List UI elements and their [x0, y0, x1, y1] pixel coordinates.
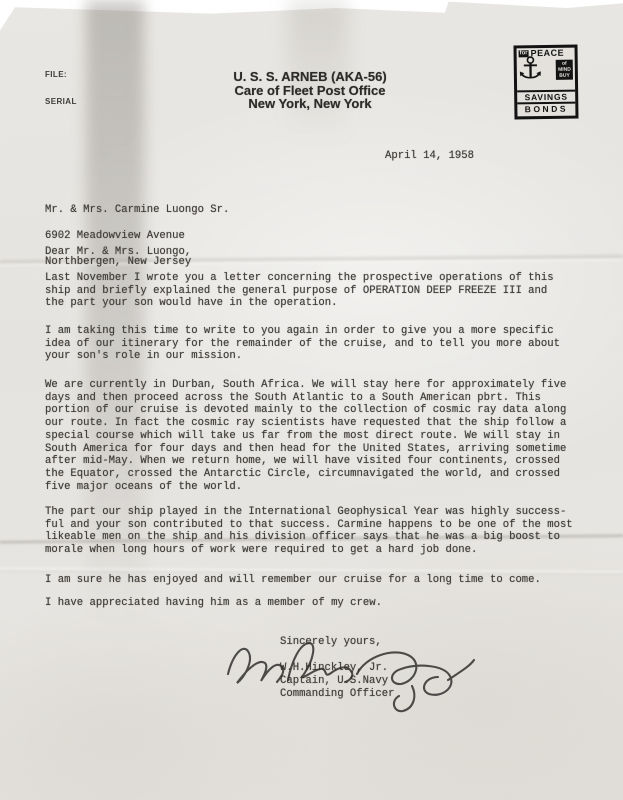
recipient-street: 6902 Meadowview Avenue	[45, 230, 229, 243]
savings-bonds-stamp: for PEACE ⚓ of MIND BUY SAVINGS BONDS	[513, 45, 578, 120]
date-line: April 14, 1958	[385, 150, 474, 163]
salutation: Dear Mr. & Mrs. Luongo,	[45, 246, 191, 259]
stamp-savings-label: SAVINGS	[517, 90, 575, 103]
letterhead-address-line2: New York, New York	[150, 97, 470, 111]
stamp-middle: ⚓ of MIND BUY	[517, 58, 575, 91]
stamp-bonds-label: BONDS	[517, 102, 575, 115]
paragraph: I have appreciated having him as a membe…	[45, 597, 382, 610]
paragraph: I am taking this time to write to you ag…	[45, 325, 560, 363]
serial-label: SERIAL	[45, 97, 77, 106]
ship-name: U. S. S. ARNEB (AKA-56)	[150, 70, 470, 84]
letterhead-address-line1: Care of Fleet Post Office	[150, 84, 470, 98]
recipient-name: Mr. & Mrs. Carmine Luongo Sr.	[45, 204, 229, 217]
recipient-address: Mr. & Mrs. Carmine Luongo Sr. 6902 Meado…	[45, 191, 229, 282]
stamp-side-text: of MIND BUY	[556, 60, 573, 80]
paragraph: The part our ship played in the Internat…	[45, 506, 573, 557]
handwritten-signature	[216, 628, 482, 720]
letterhead: U. S. S. ARNEB (AKA-56) Care of Fleet Po…	[150, 70, 470, 111]
paragraph: Last November I wrote you a letter conce…	[45, 272, 554, 310]
paragraph: I am sure he has enjoyed and will rememb…	[45, 574, 541, 587]
paragraph: We are currently in Durban, South Africa…	[45, 379, 566, 493]
anchor-icon: ⚓	[517, 54, 544, 84]
scanned-letter-page: FILE: SERIAL U. S. S. ARNEB (AKA-56) Car…	[0, 0, 623, 800]
file-label: FILE:	[45, 70, 67, 79]
